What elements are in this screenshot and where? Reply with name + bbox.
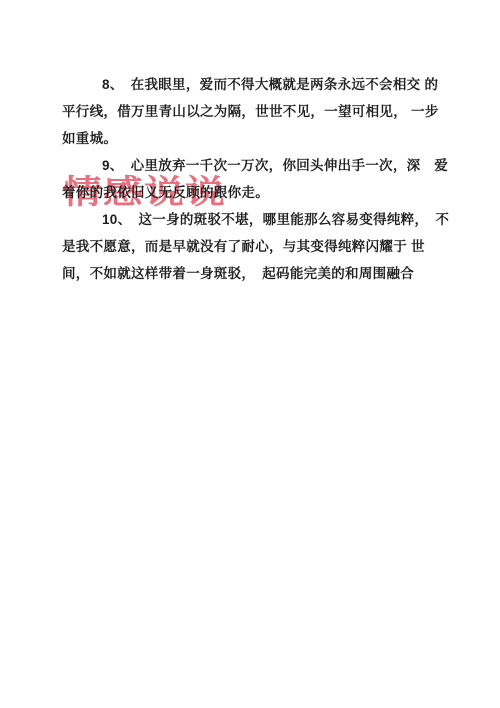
text-line: 9、 心里放弃一千次一万次，你回头伸出手一次，深 爱 xyxy=(62,152,454,179)
text-line: 8、 在我眼里，爱而不得大概就是两条永远不会相交 的 xyxy=(62,71,454,98)
text-block: 8、 在我眼里，爱而不得大概就是两条永远不会相交 的平行线，借万里青山以之为隔，… xyxy=(62,71,454,287)
text-line: 间，不如就这样带着一身斑驳， 起码能完美的和周围融合 xyxy=(62,260,454,287)
document-page: 情感说说 8、 在我眼里，爱而不得大概就是两条永远不会相交 的平行线，借万里青山… xyxy=(0,0,500,708)
text-line: 平行线，借万里青山以之为隔，世世不见，一望可相见， 一步 xyxy=(62,98,454,125)
text-line: 着你的我依旧义无反顾的跟你走。 xyxy=(62,179,454,206)
text-line: 10、 这一身的斑驳不堪，哪里能那么容易变得纯粹， 不 xyxy=(62,206,454,233)
text-line: 是我不愿意，而是早就没有了耐心，与其变得纯粹闪耀于 世 xyxy=(62,233,454,260)
text-line: 如重城。 xyxy=(62,125,454,152)
